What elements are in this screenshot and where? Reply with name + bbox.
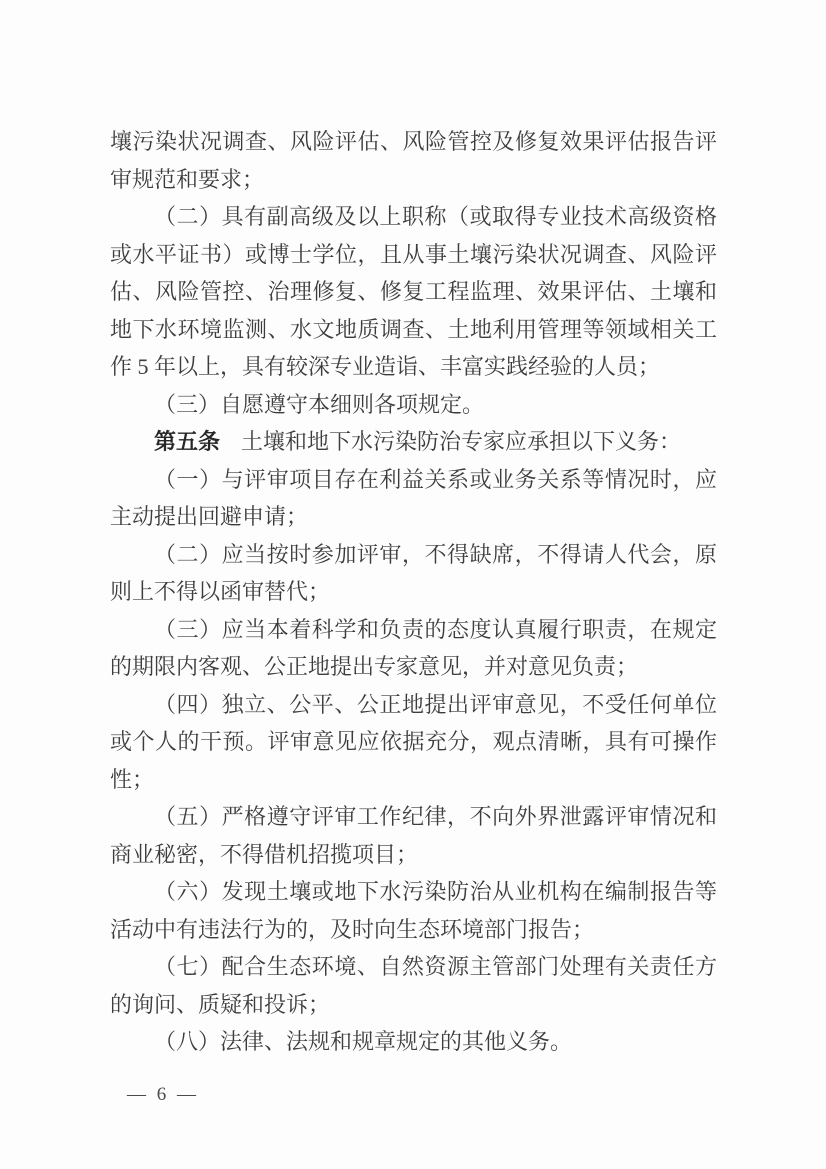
text-line: 第五条土壤和地下水污染防治专家应承担以下义务：: [110, 423, 717, 461]
text-line: 主动提出回避申请；: [110, 498, 717, 536]
text-line: 或个人的干预。评审意见应依据充分，观点清晰，具有可操作: [110, 723, 717, 761]
text-line: 的询问、质疑和投诉；: [110, 986, 717, 1024]
text-line: （二）具有副高级及以上职称（或取得专业技术高级资格: [110, 198, 717, 236]
text-line: （五）严格遵守评审工作纪律，不向外界泄露评审情况和: [110, 798, 717, 836]
text-line: 或水平证书）或博士学位，且从事土壤污染状况调查、风险评: [110, 236, 717, 274]
text-line: 审规范和要求；: [110, 161, 717, 199]
text-line: 估、风险管控、治理修复、修复工程监理、效果评估、土壤和: [110, 273, 717, 311]
text-line: （二）应当按时参加评审，不得缺席，不得请人代会，原: [110, 536, 717, 574]
text-line: 性；: [110, 761, 717, 799]
text-line: （三）应当本着科学和负责的态度认真履行职责，在规定: [110, 611, 717, 649]
text-line: （六）发现土壤或地下水污染防治从业机构在编制报告等: [110, 873, 717, 911]
document-page: 壤污染状况调查、风险评估、风险管控及修复效果评估报告评审规范和要求；（二）具有副…: [0, 0, 826, 1169]
text-line: （一）与评审项目存在利益关系或业务关系等情况时，应: [110, 461, 717, 499]
page-number: — 6 —: [127, 1082, 199, 1108]
text-line: 壤污染状况调查、风险评估、风险管控及修复效果评估报告评: [110, 123, 717, 161]
text-line: 作 5 年以上，具有较深专业造诣、丰富实践经验的人员；: [110, 348, 717, 386]
article-heading-text: 土壤和地下水污染防治专家应承担以下义务：: [241, 429, 681, 454]
text-line: 的期限内客观、公正地提出专家意见，并对意见负责；: [110, 648, 717, 686]
text-line: 则上不得以函审替代；: [110, 573, 717, 611]
text-line: （三）自愿遵守本细则各项规定。: [110, 386, 717, 424]
article-number: 第五条: [154, 429, 220, 454]
text-line: 活动中有违法行为的，及时向生态环境部门报告；: [110, 911, 717, 949]
text-line: 地下水环境监测、水文地质调查、土地利用管理等领域相关工: [110, 311, 717, 349]
text-line: （八）法律、法规和规章规定的其他义务。: [110, 1023, 717, 1061]
text-line: （七）配合生态环境、自然资源主管部门处理有关责任方: [110, 948, 717, 986]
text-line: 商业秘密，不得借机招揽项目；: [110, 836, 717, 874]
document-body: 壤污染状况调查、风险评估、风险管控及修复效果评估报告评审规范和要求；（二）具有副…: [110, 123, 717, 1061]
text-line: （四）独立、公平、公正地提出评审意见，不受任何单位: [110, 686, 717, 724]
